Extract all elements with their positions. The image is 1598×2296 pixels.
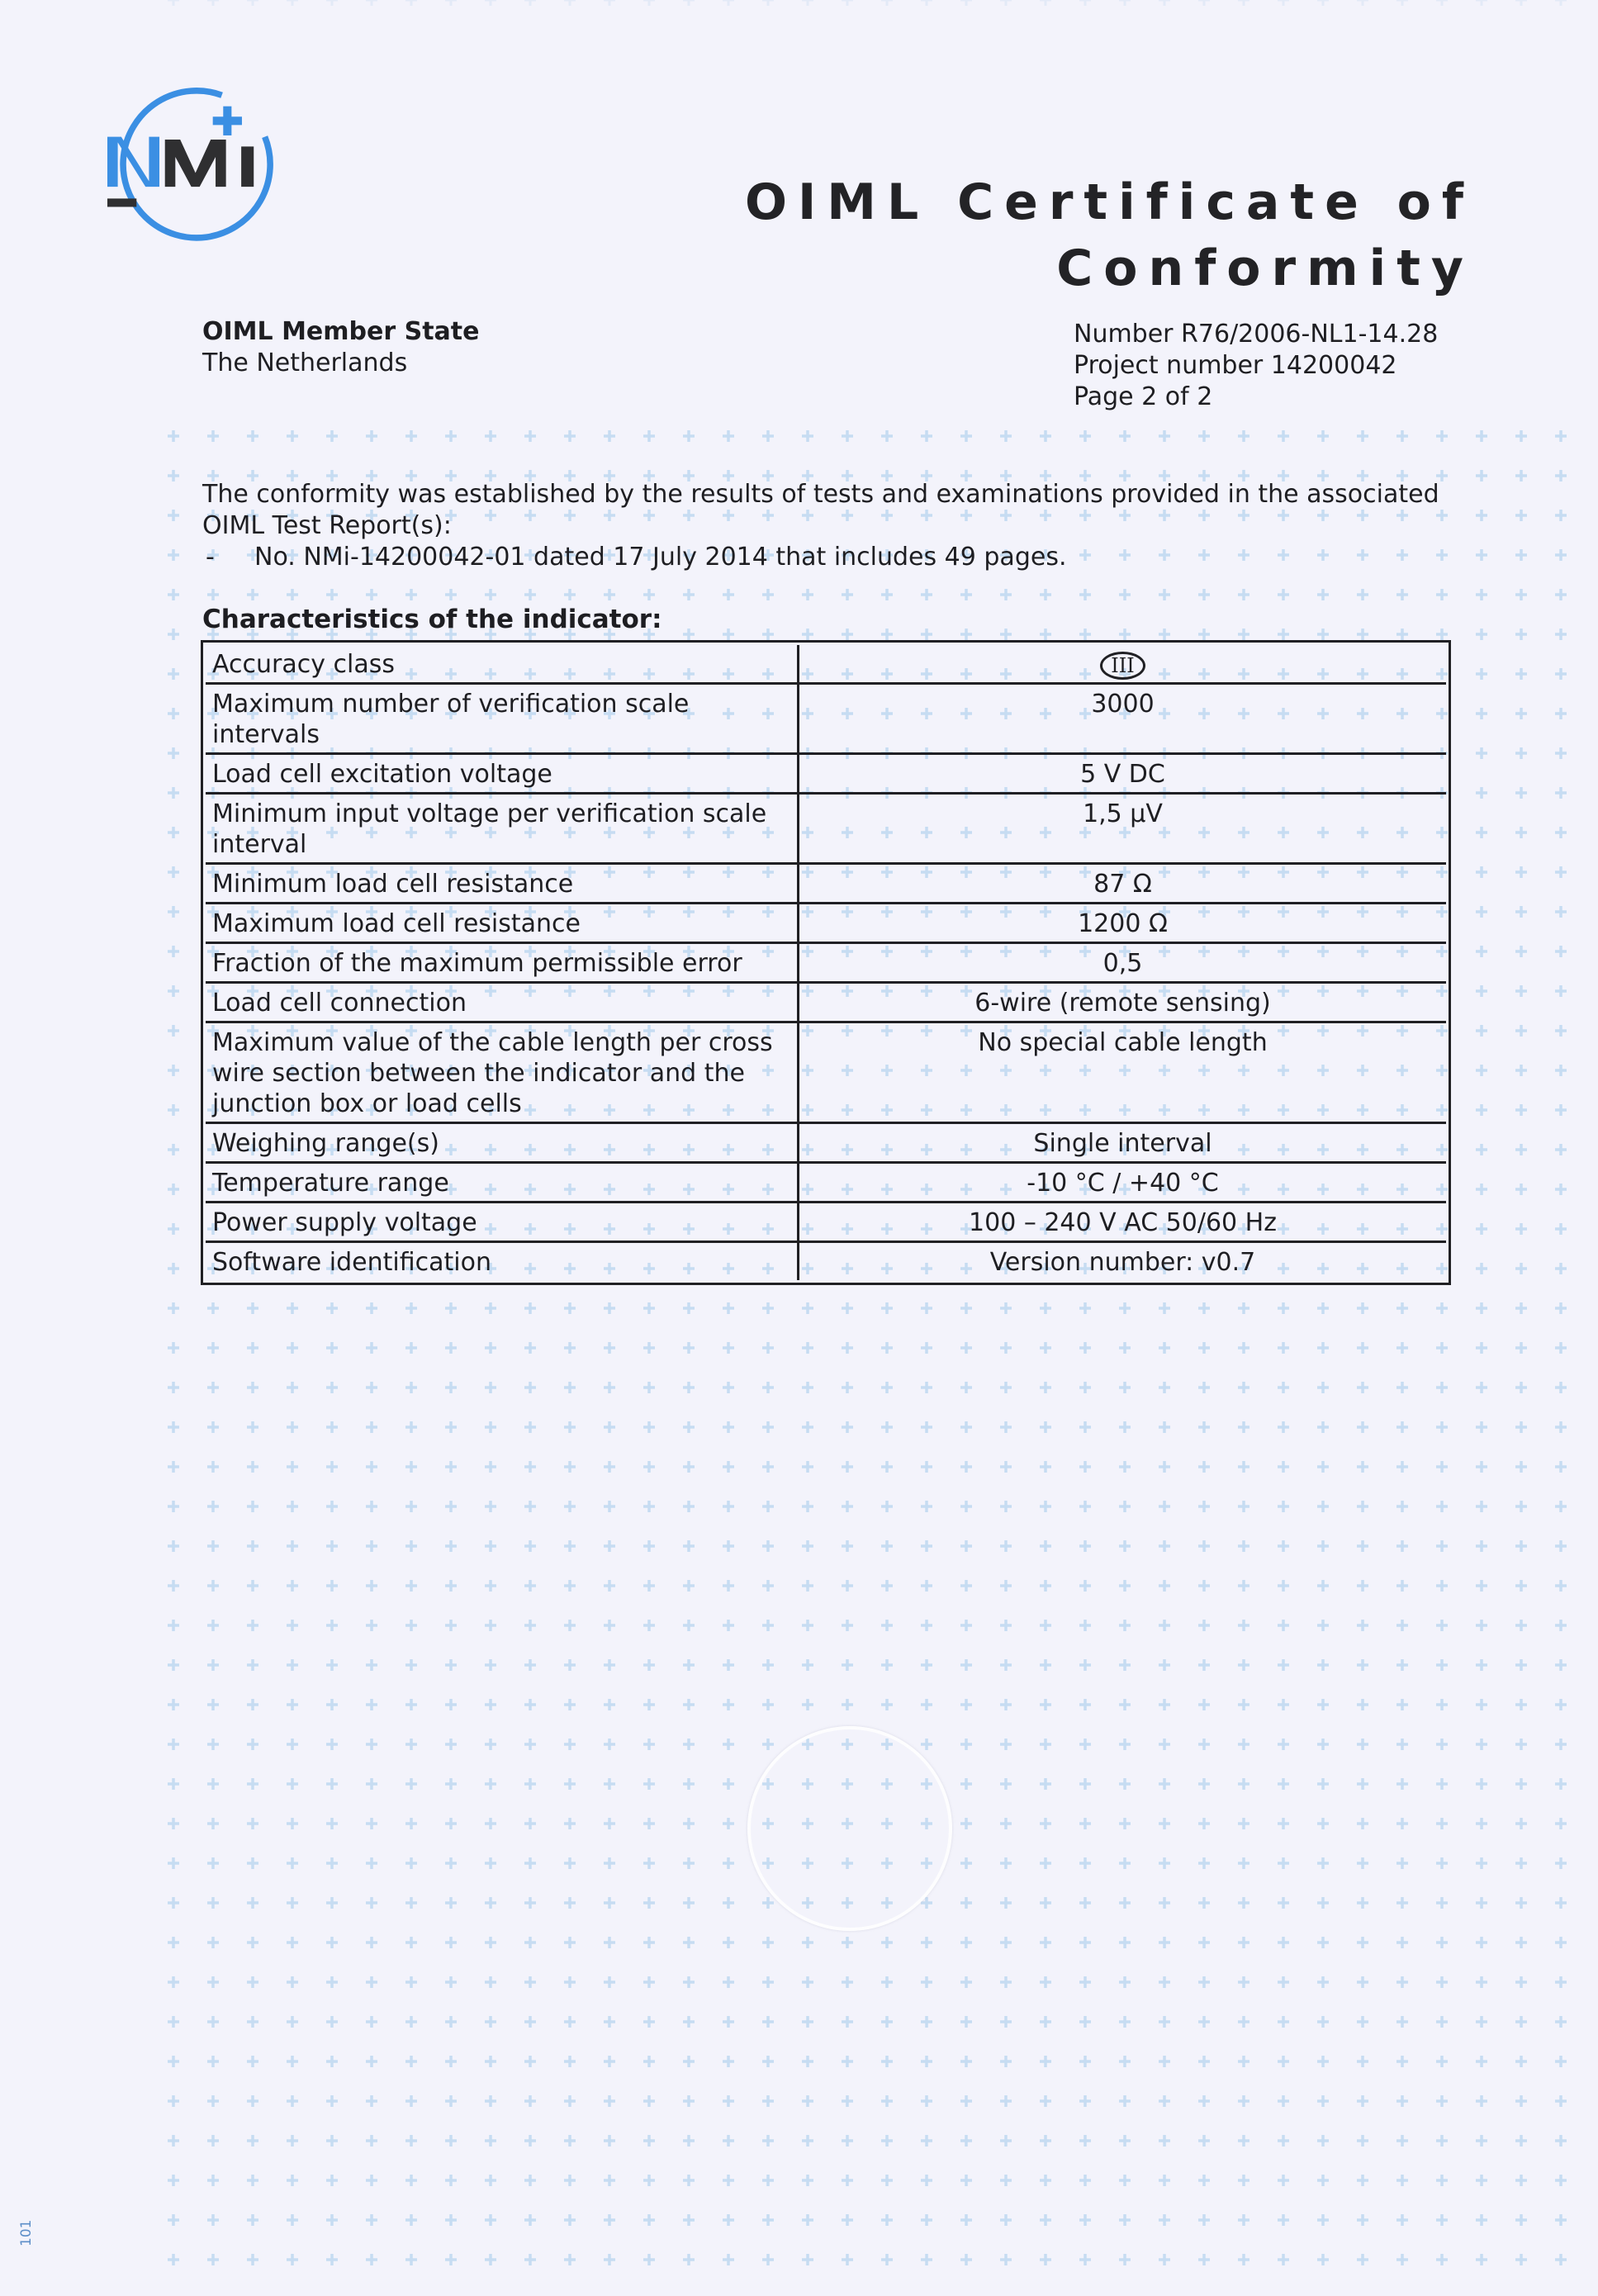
- characteristic-label: Accuracy class: [206, 645, 799, 684]
- title-line-1: OIML Certificate of: [745, 169, 1474, 235]
- characteristic-value: Version number: v0.7: [799, 1242, 1447, 1281]
- table-row: Minimum input voltage per verification s…: [206, 794, 1446, 864]
- member-state-value: The Netherlands: [202, 348, 479, 379]
- characteristic-value: III: [799, 645, 1447, 684]
- conformity-text: The conformity was established by the re…: [202, 479, 1458, 542]
- table-row: Load cell excitation voltage5 V DC: [206, 754, 1446, 794]
- characteristic-label: Minimum input voltage per verification s…: [206, 794, 799, 864]
- test-report-item: - No. NMi-14200042-01 dated 17 July 2014…: [202, 542, 1458, 573]
- table-row: Accuracy classIII: [206, 645, 1446, 684]
- characteristic-label: Software identification: [206, 1242, 799, 1281]
- table-row: Fraction of the maximum permissible erro…: [206, 943, 1446, 983]
- nmi-logo-icon: [83, 70, 306, 244]
- table-row: Load cell connection6-wire (remote sensi…: [206, 983, 1446, 1022]
- certificate-references: Number R76/2006-NL1-14.28 Project number…: [1074, 319, 1438, 413]
- table-row: Temperature range-10 °C / +40 °C: [206, 1163, 1446, 1203]
- characteristics-table: Accuracy classIIIMaximum number of verif…: [201, 640, 1451, 1285]
- certificate-title: OIML Certificate of Conformity: [745, 169, 1474, 301]
- test-report-reference: No. NMi-14200042-01 dated 17 July 2014 t…: [254, 542, 1066, 573]
- sheet-number: 101: [18, 2220, 35, 2246]
- table-row: Minimum load cell resistance87 Ω: [206, 864, 1446, 904]
- characteristic-value: 1200 Ω: [799, 904, 1447, 943]
- certificate-number: Number R76/2006-NL1-14.28: [1074, 319, 1438, 350]
- characteristic-value: Single interval: [799, 1123, 1447, 1163]
- accuracy-class-badge: III: [1100, 652, 1145, 680]
- characteristic-value: 100 – 240 V AC 50/60 Hz: [799, 1203, 1447, 1242]
- characteristic-label: Maximum value of the cable length per cr…: [206, 1022, 799, 1123]
- embossed-seal: [747, 1726, 952, 1931]
- table-row: Software identificationVersion number: v…: [206, 1242, 1446, 1281]
- member-state-label: OIML Member State: [202, 316, 479, 348]
- characteristic-value: No special cable length: [799, 1022, 1447, 1123]
- table-row: Maximum number of verification scale int…: [206, 684, 1446, 754]
- characteristics-heading: Characteristics of the indicator:: [202, 605, 662, 634]
- characteristic-label: Power supply voltage: [206, 1203, 799, 1242]
- characteristic-value: 3000: [799, 684, 1447, 754]
- table-row: Power supply voltage100 – 240 V AC 50/60…: [206, 1203, 1446, 1242]
- member-state: OIML Member State The Netherlands: [202, 316, 479, 379]
- characteristic-value: 6-wire (remote sensing): [799, 983, 1447, 1022]
- characteristic-value: 0,5: [799, 943, 1447, 983]
- page-indicator: Page 2 of 2: [1074, 382, 1438, 413]
- characteristic-label: Temperature range: [206, 1163, 799, 1203]
- characteristic-label: Load cell connection: [206, 983, 799, 1022]
- characteristic-value: -10 °C / +40 °C: [799, 1163, 1447, 1203]
- characteristic-label: Weighing range(s): [206, 1123, 799, 1163]
- characteristic-label: Load cell excitation voltage: [206, 754, 799, 794]
- table-row: Maximum value of the cable length per cr…: [206, 1022, 1446, 1123]
- table-row: Weighing range(s)Single interval: [206, 1123, 1446, 1163]
- bullet: -: [202, 542, 254, 573]
- characteristic-label: Minimum load cell resistance: [206, 864, 799, 904]
- characteristic-label: Fraction of the maximum permissible erro…: [206, 943, 799, 983]
- title-line-2: Conformity: [745, 235, 1474, 301]
- table-row: Maximum load cell resistance1200 Ω: [206, 904, 1446, 943]
- project-number: Project number 14200042: [1074, 350, 1438, 382]
- conformity-statement: The conformity was established by the re…: [202, 479, 1458, 573]
- characteristic-value: 87 Ω: [799, 864, 1447, 904]
- characteristic-label: Maximum load cell resistance: [206, 904, 799, 943]
- characteristic-value: 5 V DC: [799, 754, 1447, 794]
- characteristic-label: Maximum number of verification scale int…: [206, 684, 799, 754]
- characteristic-value: 1,5 µV: [799, 794, 1447, 864]
